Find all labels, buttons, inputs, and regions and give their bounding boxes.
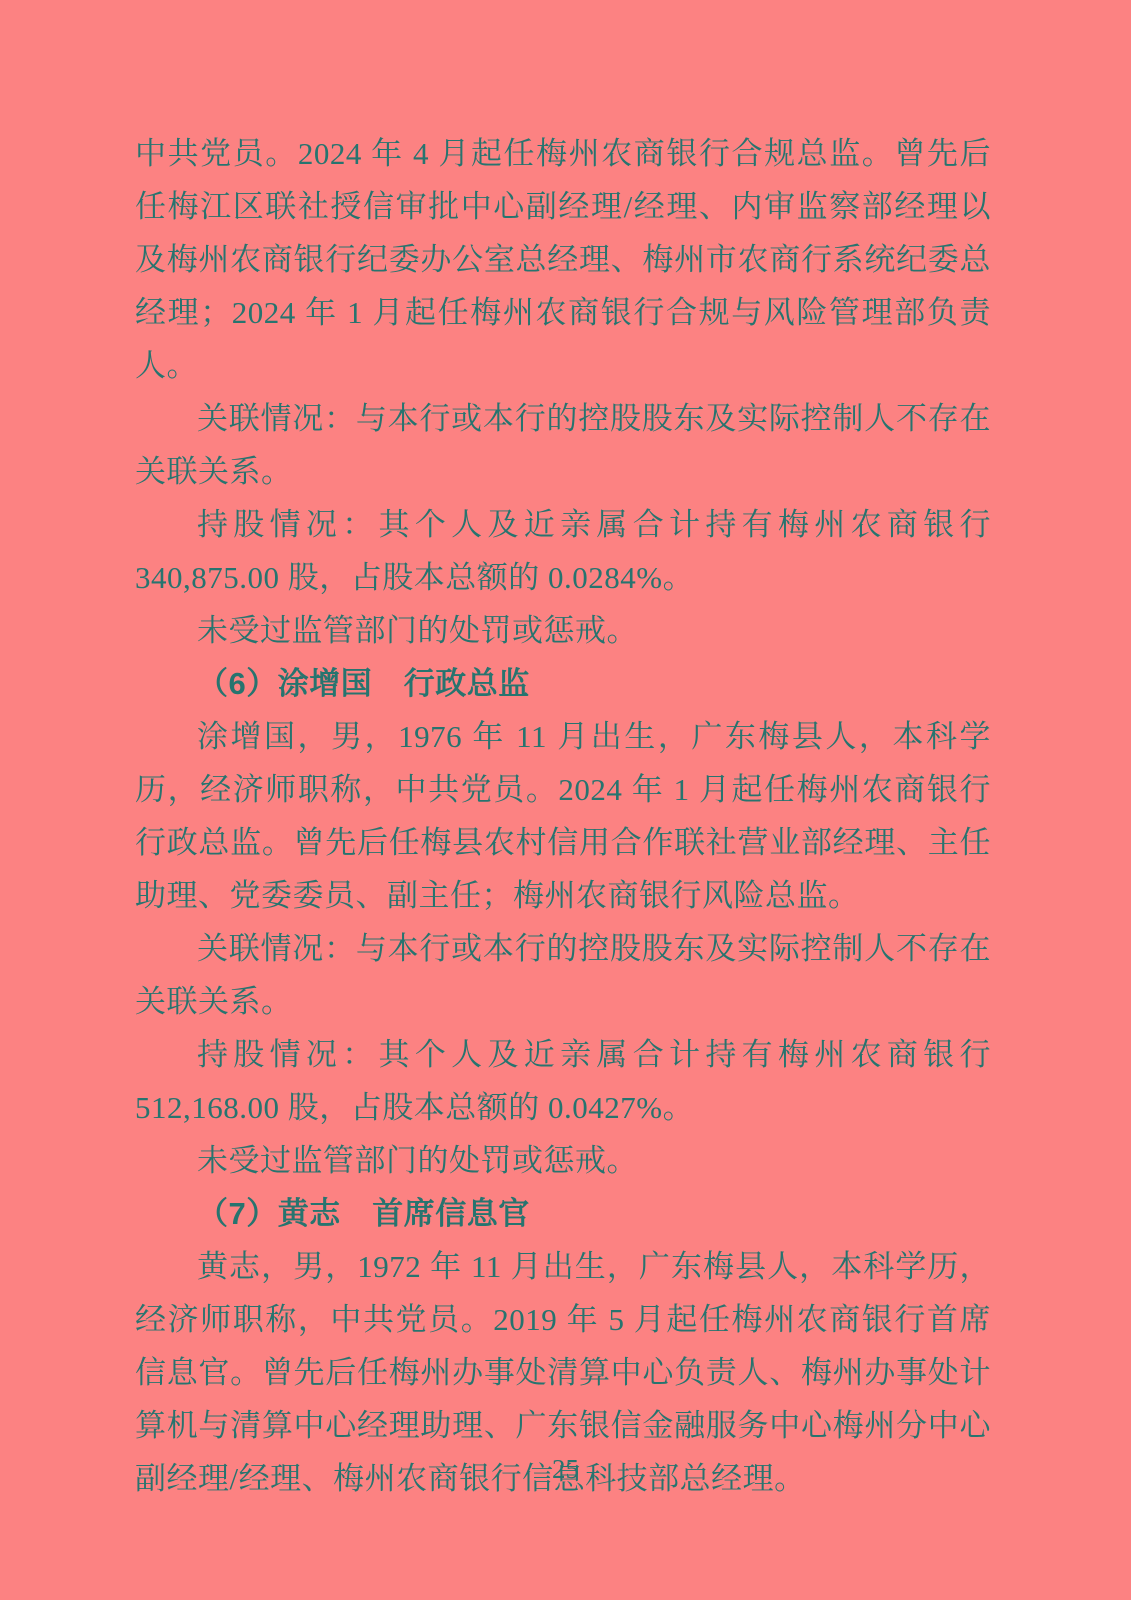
document-body: 中共党员。2024 年 4 月起任梅州农商银行合规总监。曾先后任梅江区联社授信审… <box>135 127 991 1505</box>
section-heading: （7）黄志 首席信息官 <box>135 1187 991 1240</box>
section-heading: （6）涂增国 行政总监 <box>135 657 991 710</box>
paragraph: 未受过监管部门的处罚或惩戒。 <box>135 1134 991 1187</box>
document-page: 中共党员。2024 年 4 月起任梅州农商银行合规总监。曾先后任梅江区联社授信审… <box>0 0 1131 1600</box>
paragraph: 中共党员。2024 年 4 月起任梅州农商银行合规总监。曾先后任梅江区联社授信审… <box>135 127 991 392</box>
paragraph: 关联情况：与本行或本行的控股股东及实际控制人不存在关联关系。 <box>135 392 991 498</box>
paragraph: 关联情况：与本行或本行的控股股东及实际控制人不存在关联关系。 <box>135 922 991 1028</box>
paragraph: 涂增国，男，1976 年 11 月出生，广东梅县人，本科学历，经济师职称，中共党… <box>135 710 991 922</box>
paragraph: 持股情况：其个人及近亲属合计持有梅州农商银行 512,168.00 股，占股本总… <box>135 1028 991 1134</box>
page-number: 25 <box>0 1452 1131 1486</box>
paragraph: 持股情况：其个人及近亲属合计持有梅州农商银行 340,875.00 股，占股本总… <box>135 498 991 604</box>
paragraph: 未受过监管部门的处罚或惩戒。 <box>135 604 991 657</box>
